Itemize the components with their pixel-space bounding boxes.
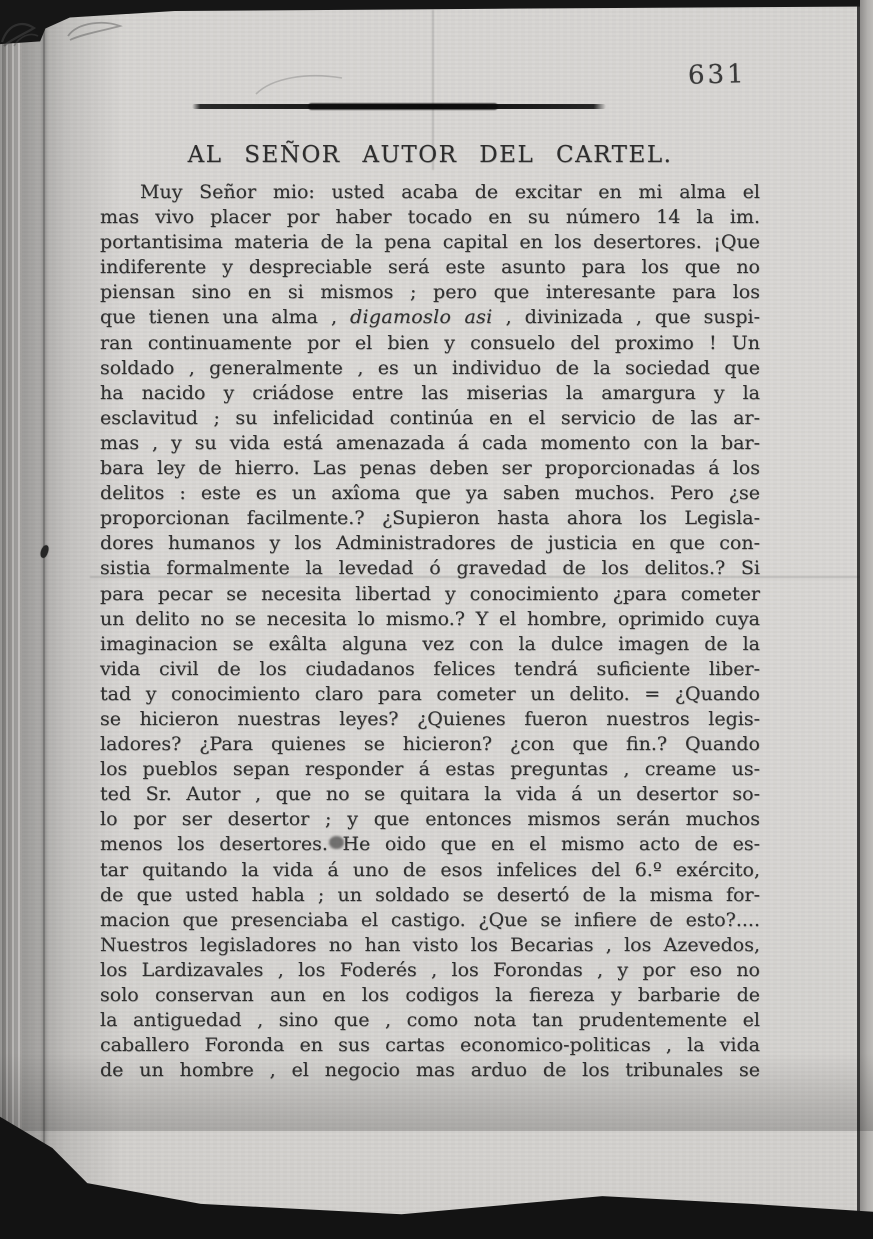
text-line: tad y conocimiento claro para cometer un… (100, 682, 760, 707)
text-line: vida civil de los ciudadanos felices ten… (100, 657, 760, 682)
text-line: portantisima materia de la pena capital … (100, 230, 760, 255)
text-line: dores humanos y los Administradores de j… (100, 531, 760, 556)
text-line: los pueblos sepan responder á estas preg… (100, 757, 760, 782)
text-line: la antiguedad , sino que , como nota tan… (100, 1008, 760, 1033)
text-line: solo conservan aun en los codigos la fie… (100, 983, 760, 1008)
page-number: 631 (688, 59, 747, 91)
text-line: mas , y su vida está amenazada á cada mo… (100, 431, 760, 456)
text-line: lo por ser desertor ; y que entonces mis… (100, 807, 760, 832)
bottom-shadow (0, 1053, 873, 1131)
text-line: menos los desertores. He oido que en el … (100, 832, 760, 857)
text-line: un delito no se necesita lo mismo.? Y el… (100, 607, 760, 632)
text-line: tar quitando la vida á uno de esos infel… (100, 858, 760, 883)
text-line: indiferente y despreciable será este asu… (100, 255, 760, 280)
text-line: proporcionan facilmente.? ¿Supieron hast… (100, 506, 760, 531)
text-line: bara ley de hierro. Las penas deben ser … (100, 456, 760, 481)
text-line: piensan sino en si mismos ; pero que int… (100, 280, 760, 305)
scanned-book-page: 631 AL SEÑOR AUTOR DEL CARTEL. Muy Señor… (0, 0, 873, 1239)
text-line: para pecar se necesita libertad y conoci… (100, 582, 760, 607)
text-line: ted Sr. Autor , que no se quitara la vid… (100, 782, 760, 807)
text-line: Muy Señor mio: usted acaba de excitar en… (100, 180, 760, 205)
text-line: ha nacido y criádose entre las miserias … (100, 381, 760, 406)
text-line: se hicieron nuestras leyes? ¿Quienes fue… (100, 707, 760, 732)
text-line: mas vivo placer por haber tocado en su n… (100, 205, 760, 230)
text-line: macion que presenciaba el castigo. ¿Que … (100, 908, 760, 933)
header-rule (192, 104, 606, 109)
text-line: de que usted habla ; un soldado se deser… (100, 883, 760, 908)
binding-crease (43, 18, 45, 1179)
text-line: sistia formalmente la levedad ó gravedad… (100, 556, 760, 581)
page-title: AL SEÑOR AUTOR DEL CARTEL. (100, 142, 760, 168)
body-text: Muy Señor mio: usted acaba de excitar en… (100, 180, 760, 1083)
text-line: ladores? ¿Para quienes se hicieron? ¿con… (100, 732, 760, 757)
text-line: ran continuamente por el bien y consuelo… (100, 331, 760, 356)
text-line: delitos : este es un axîoma que ya saben… (100, 481, 760, 506)
text-line: que tienen una alma , digamoslo asi , di… (100, 305, 760, 330)
text-line: esclavitud ; su infelicidad continúa en … (100, 406, 760, 431)
text-line: Nuestros legisladores no han visto los B… (100, 933, 760, 958)
text-line: los Lardizavales , los Foderés , los For… (100, 958, 760, 983)
text-line: imaginacion se exâlta alguna vez con la … (100, 632, 760, 657)
text-line: soldado , generalmente , es un individuo… (100, 356, 760, 381)
